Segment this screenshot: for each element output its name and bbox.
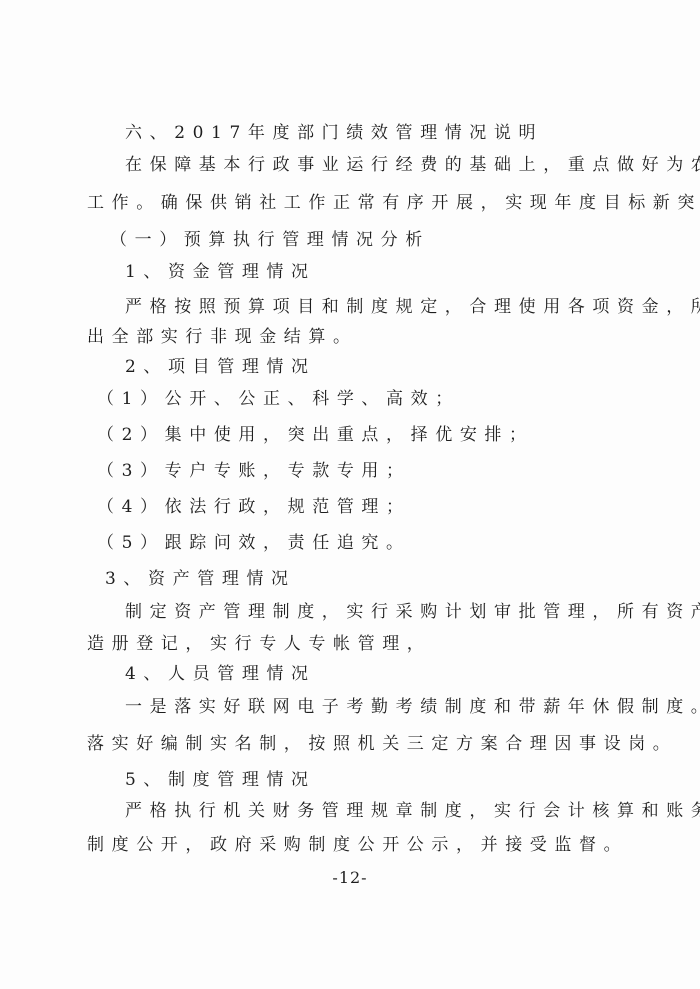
item-heading: 4、人员管理情况 [125, 664, 316, 684]
paragraph-line: 一是落实好联网电子考勤考绩制度和带薪年休假制度。二是 [125, 697, 700, 717]
paragraph-line: 制定资产管理制度，实行采购计划审批管理，所有资产全部 [125, 602, 700, 622]
page-number: -12- [0, 868, 700, 887]
paragraph-line: 严格按照预算项目和制度规定，合理使用各项资金，所有支 [125, 297, 700, 317]
paragraph-line: 制度公开，政府采购制度公开公示，并接受监督。 [87, 835, 628, 855]
item-heading: 5、制度管理情况 [125, 770, 316, 790]
paragraph-line: 造册登记，实行专人专帐管理， [87, 634, 431, 654]
item-heading: 3、资产管理情况 [105, 569, 296, 589]
section-heading: 六、2017年度部门绩效管理情况说明 [125, 123, 543, 143]
list-item: （3）专户专账，专款专用； [97, 461, 411, 481]
paragraph-line: 在保障基本行政事业运行经费的基础上，重点做好为农服务 [125, 155, 700, 175]
list-item: （1）公开、公正、科学、高效； [97, 389, 460, 409]
document-page: 六、2017年度部门绩效管理情况说明 在保障基本行政事业运行经费的基础上，重点做… [0, 0, 700, 989]
paragraph-line: 落实好编制实名制，按照机关三定方案合理因事设岗。 [87, 734, 677, 754]
item-heading: 2、项目管理情况 [125, 357, 316, 377]
list-item: （4）依法行政，规范管理； [97, 497, 411, 517]
paragraph-line: 出全部实行非现金结算。 [87, 327, 358, 347]
item-heading: 1、资金管理情况 [125, 262, 316, 282]
paragraph-line: 严格执行机关财务管理规章制度，实行会计核算和账务管理 [125, 801, 700, 821]
list-item: （5）跟踪问效，责任追究。 [97, 533, 411, 553]
paragraph-line: 工作。确保供销社工作正常有序开展，实现年度目标新突破。 [87, 193, 700, 213]
list-item: （2）集中使用，突出重点，择优安排； [97, 425, 534, 445]
subsection-heading: （一）预算执行管理情况分析 [110, 230, 430, 250]
